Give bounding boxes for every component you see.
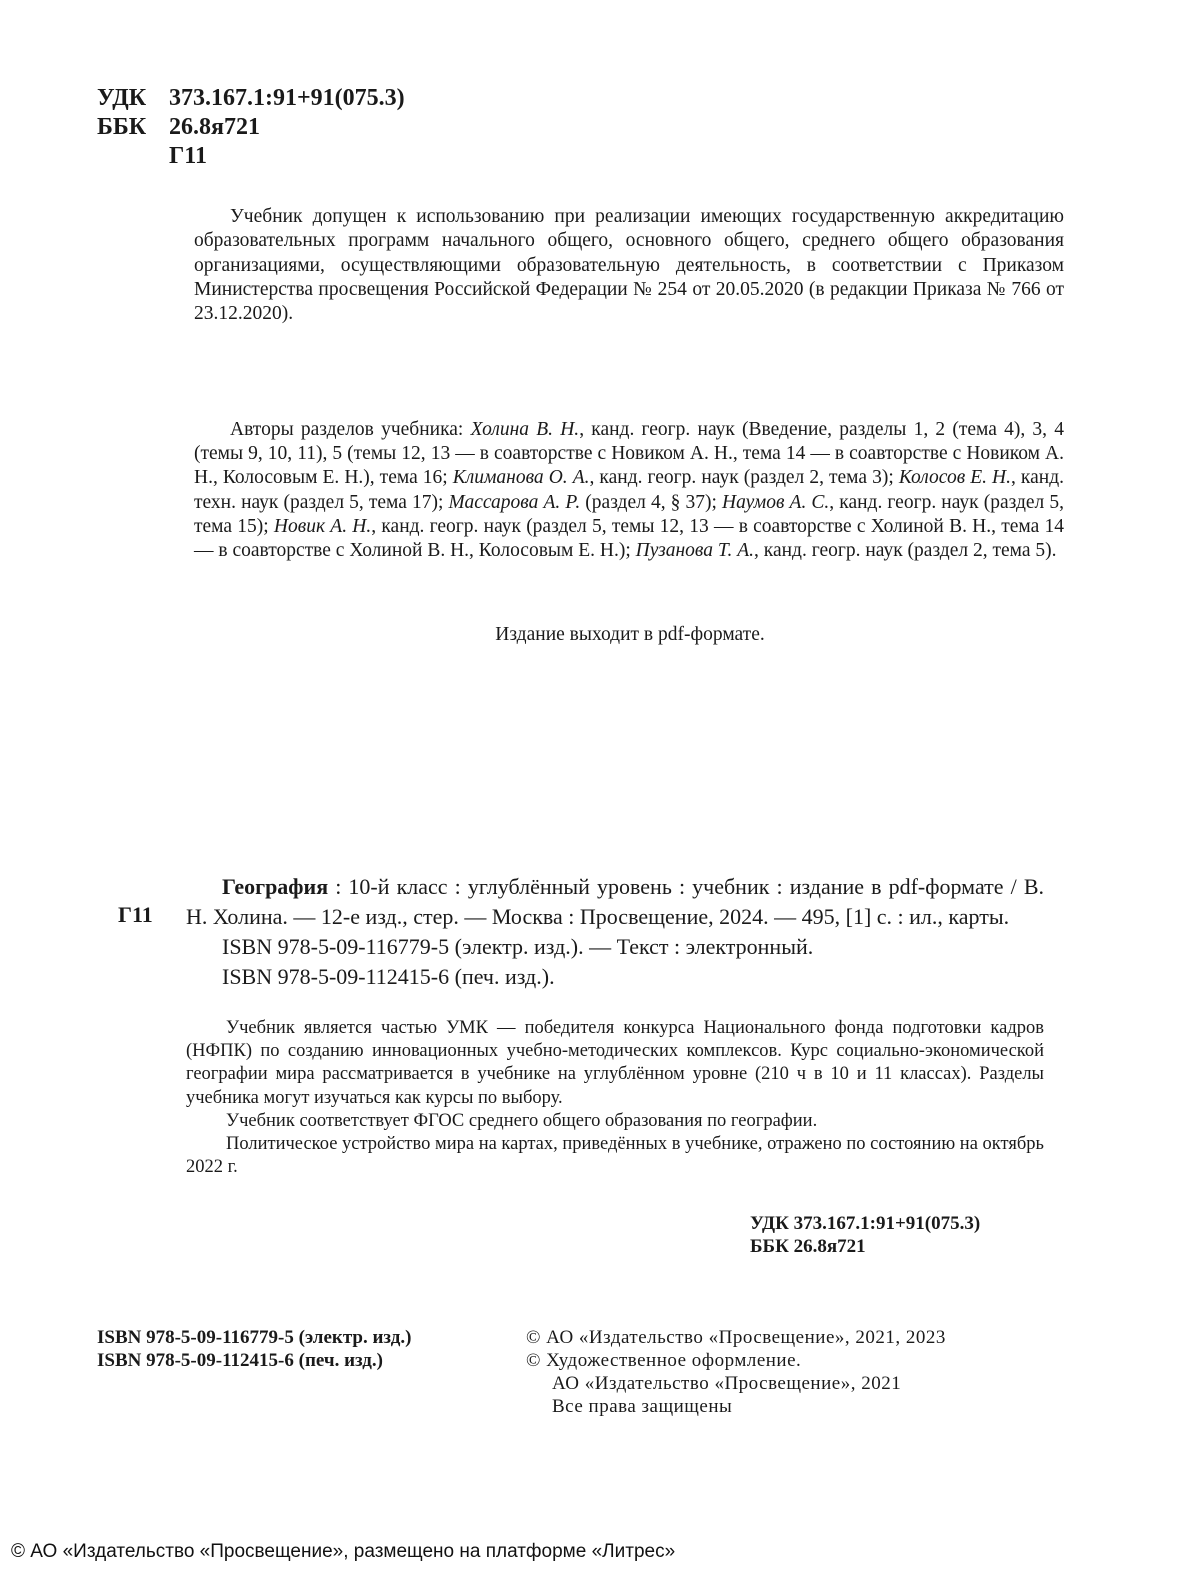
isbn-electronic-footer: ISBN 978-5-09-116779-5 (электр. изд.)	[97, 1326, 411, 1349]
isbn-print-footer: ISBN 978-5-09-112415-6 (печ. изд.)	[97, 1349, 411, 1372]
author-contribution: , канд. геогр. наук (раздел 2, тема 3);	[590, 467, 899, 488]
book-title: География	[222, 874, 328, 899]
footer-udk: УДК 373.167.1:91+91(075.3)	[750, 1212, 980, 1235]
biblio-code: Г11	[118, 902, 153, 928]
author-name: Наумов А. С.	[722, 492, 829, 513]
copyright-line: © Художественное оформление.	[526, 1349, 946, 1372]
copyright-block: © АО «Издательство «Просвещение», 2021, …	[526, 1326, 946, 1418]
biblio-description: География : 10-й класс : углублённый уро…	[186, 872, 1044, 932]
copyright-line: АО «Издательство «Просвещение», 2021	[526, 1372, 946, 1395]
authors-intro: Авторы разделов учебника:	[230, 419, 471, 440]
author-mark-row: Г11	[97, 142, 405, 171]
authors-section: Авторы разделов учебника: Холина В. Н., …	[194, 418, 1064, 563]
isbn-list: ISBN 978-5-09-116779-5 (электр. изд.) IS…	[97, 1326, 411, 1372]
isbn-print: ISBN 978-5-09-112415-6 (печ. изд.).	[186, 962, 1044, 992]
bibliographic-record: География : 10-й класс : углублённый уро…	[186, 872, 1044, 992]
annotation: Учебник является частью УМК — победителя…	[186, 1017, 1044, 1179]
copyright-line: © АО «Издательство «Просвещение», 2021, …	[526, 1326, 946, 1349]
author-name: Климанова О. А.	[453, 467, 590, 488]
author-contribution: , канд. геогр. наук (раздел 2, тема 5).	[754, 540, 1057, 561]
bbk-row: ББК 26.8я721	[97, 113, 405, 142]
approval-text: Учебник допущен к использованию при реал…	[194, 205, 1064, 326]
author-name: Пузанова Т. А.	[636, 540, 754, 561]
author-name: Новик А. Н.	[274, 516, 371, 537]
author-mark: Г11	[169, 142, 207, 171]
udk-label: УДК	[97, 84, 169, 113]
annotation-paragraph: Политическое устройство мира на картах, …	[186, 1133, 1044, 1179]
author-contribution: (раздел 4, § 37);	[580, 492, 722, 513]
copyright-line: Все права защищены	[526, 1395, 946, 1418]
udk-value: 373.167.1:91+91(075.3)	[169, 84, 405, 113]
udk-row: УДК 373.167.1:91+91(075.3)	[97, 84, 405, 113]
footer-bbk: ББК 26.8я721	[750, 1235, 980, 1258]
approval-notice: Учебник допущен к использованию при реал…	[194, 205, 1064, 326]
bbk-label: ББК	[97, 113, 169, 142]
isbn-electronic: ISBN 978-5-09-116779-5 (электр. изд.). —…	[186, 932, 1044, 962]
annotation-paragraph: Учебник является частью УМК — победителя…	[186, 1017, 1044, 1110]
footer-classification-codes: УДК 373.167.1:91+91(075.3) ББК 26.8я721	[750, 1212, 980, 1258]
annotation-paragraph: Учебник соответствует ФГОС среднего обще…	[186, 1110, 1044, 1133]
author-name: Массарова А. Р.	[449, 492, 581, 513]
author-name: Колосов Е. Н.	[899, 467, 1011, 488]
classification-codes: УДК 373.167.1:91+91(075.3) ББК 26.8я721 …	[97, 84, 405, 171]
author-name: Холина В. Н.	[471, 419, 580, 440]
bbk-value: 26.8я721	[169, 113, 260, 142]
platform-note: © АО «Издательство «Просвещение», размещ…	[11, 1541, 675, 1563]
pdf-format-note: Издание выходит в pdf-формате.	[0, 624, 1200, 646]
authors-text: Авторы разделов учебника: Холина В. Н., …	[194, 418, 1064, 563]
